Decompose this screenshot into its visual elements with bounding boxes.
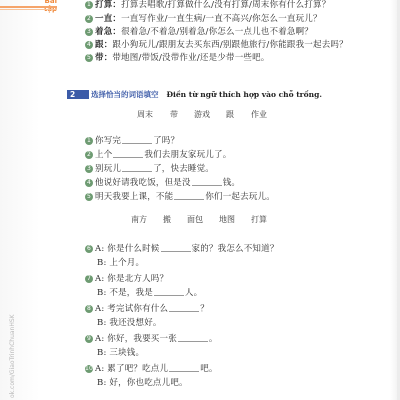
tab-underline-secondary: [0, 9, 57, 10]
section-number-badge: 2: [67, 90, 89, 99]
answer-blank[interactable]: [169, 303, 199, 312]
number-circle-icon: 2: [85, 151, 93, 159]
answer-blank[interactable]: [154, 287, 184, 296]
word-bank-item: 跟: [226, 109, 234, 120]
number-circle-icon: 2: [85, 15, 93, 23]
ex1-item: 5带：带地图/带饭/没带作业/还是少带一些吧。: [85, 51, 270, 63]
dialog-reply: B: 三块钱。: [97, 346, 144, 358]
number-circle-icon: 8: [85, 305, 93, 313]
ex1-item: 2一直：一直写作业/一直生病/一直不高兴/你怎么一直玩儿？: [85, 12, 322, 24]
ex1-item: 4跟：跟小狗玩儿/跟朋友去买东西/别跟他旅行/你能跟我一起去吗？: [85, 38, 348, 50]
number-circle-icon: 1: [85, 1, 93, 9]
dialog-reply: B: 我还没想好。: [97, 316, 162, 328]
fill-blank-item: 4他说好请我吃饭，但是没钱。: [85, 176, 240, 188]
tab-underline: [0, 6, 57, 8]
section-header: 2选择恰当的词语填空Điền từ ngữ thích hợp vào chỗ …: [67, 84, 322, 103]
number-circle-icon: 4: [85, 41, 93, 49]
section-title-chinese: 选择恰当的词语填空: [91, 89, 159, 100]
word-bank-item: 搬: [163, 214, 171, 225]
fill-blank-item: 2上个我们去朋友家玩儿了。: [85, 148, 231, 160]
number-circle-icon: 4: [85, 179, 93, 187]
answer-blank[interactable]: [178, 333, 208, 342]
word-bank-item: 周末: [137, 109, 153, 120]
dialog-reply: B: 上个月。: [97, 256, 144, 268]
number-circle-icon: 3: [85, 28, 93, 36]
fill-blank-item: 5明天我要上课，不能你们一起去玩儿。: [85, 190, 275, 202]
word-bank-item: 南方: [131, 214, 147, 225]
word-bank-item: 打算: [251, 214, 267, 225]
textbook-page: Bài tập ok.com/GiaoTrinhChuanHSK 1打算：打算去…: [0, 0, 398, 400]
word-bank-item: 游戏: [194, 109, 210, 120]
number-circle-icon: 6: [85, 245, 93, 253]
number-circle-icon: 7: [85, 275, 93, 283]
answer-blank[interactable]: [192, 177, 222, 186]
word-bank-item: 面包: [187, 214, 203, 225]
answer-blank[interactable]: [169, 363, 199, 372]
word-bank-item: 带: [170, 109, 178, 120]
dialog-item: 10A: 累了吧？吃点儿吧。: [85, 362, 218, 374]
dialog-item: 7A: 你是北方人吗？: [85, 272, 168, 284]
answer-blank[interactable]: [113, 149, 143, 158]
number-circle-icon: 3: [85, 165, 93, 173]
dialog-item: 9A: 你好，我要买一张。: [85, 332, 218, 344]
number-circle-icon: 1: [85, 137, 93, 145]
answer-blank[interactable]: [122, 163, 152, 172]
vertical-watermark: ok.com/GiaoTrinhChuanHSK: [9, 314, 16, 398]
answer-blank[interactable]: [161, 243, 191, 252]
ex1-item: 1打算：打算去唱歌/打算做什么/没有打算/周末你有什么打算？: [85, 0, 330, 10]
fill-blank-item: 3别玩儿了，快去睡觉。: [85, 162, 214, 174]
number-circle-icon: 9: [85, 335, 93, 343]
answer-blank[interactable]: [174, 191, 204, 200]
dialog-reply: B: 好，你也吃点儿吧。: [97, 376, 188, 388]
section-title-vietnamese: Điền từ ngữ thích hợp vào chỗ trống.: [167, 90, 322, 99]
number-circle-icon: 5: [85, 193, 93, 201]
number-circle-icon: 10: [85, 365, 93, 373]
word-bank-item: 作业: [251, 109, 267, 120]
answer-blank[interactable]: [122, 135, 152, 144]
dialog-reply: B: 不是，我是人。: [97, 286, 202, 298]
dialog-item: 8A: 考完试你有什么？: [85, 302, 209, 314]
word-bank-item: 地图: [219, 214, 235, 225]
number-circle-icon: 5: [85, 54, 93, 62]
ex1-item: 3着急：很着急/不着急/别着急/你怎么一点儿也不着急啊？: [85, 25, 313, 37]
fill-blank-item: 1你写完了吗？: [85, 134, 179, 146]
dialog-item: 6A: 你是什么时候家的？我怎么不知道？: [85, 242, 279, 254]
